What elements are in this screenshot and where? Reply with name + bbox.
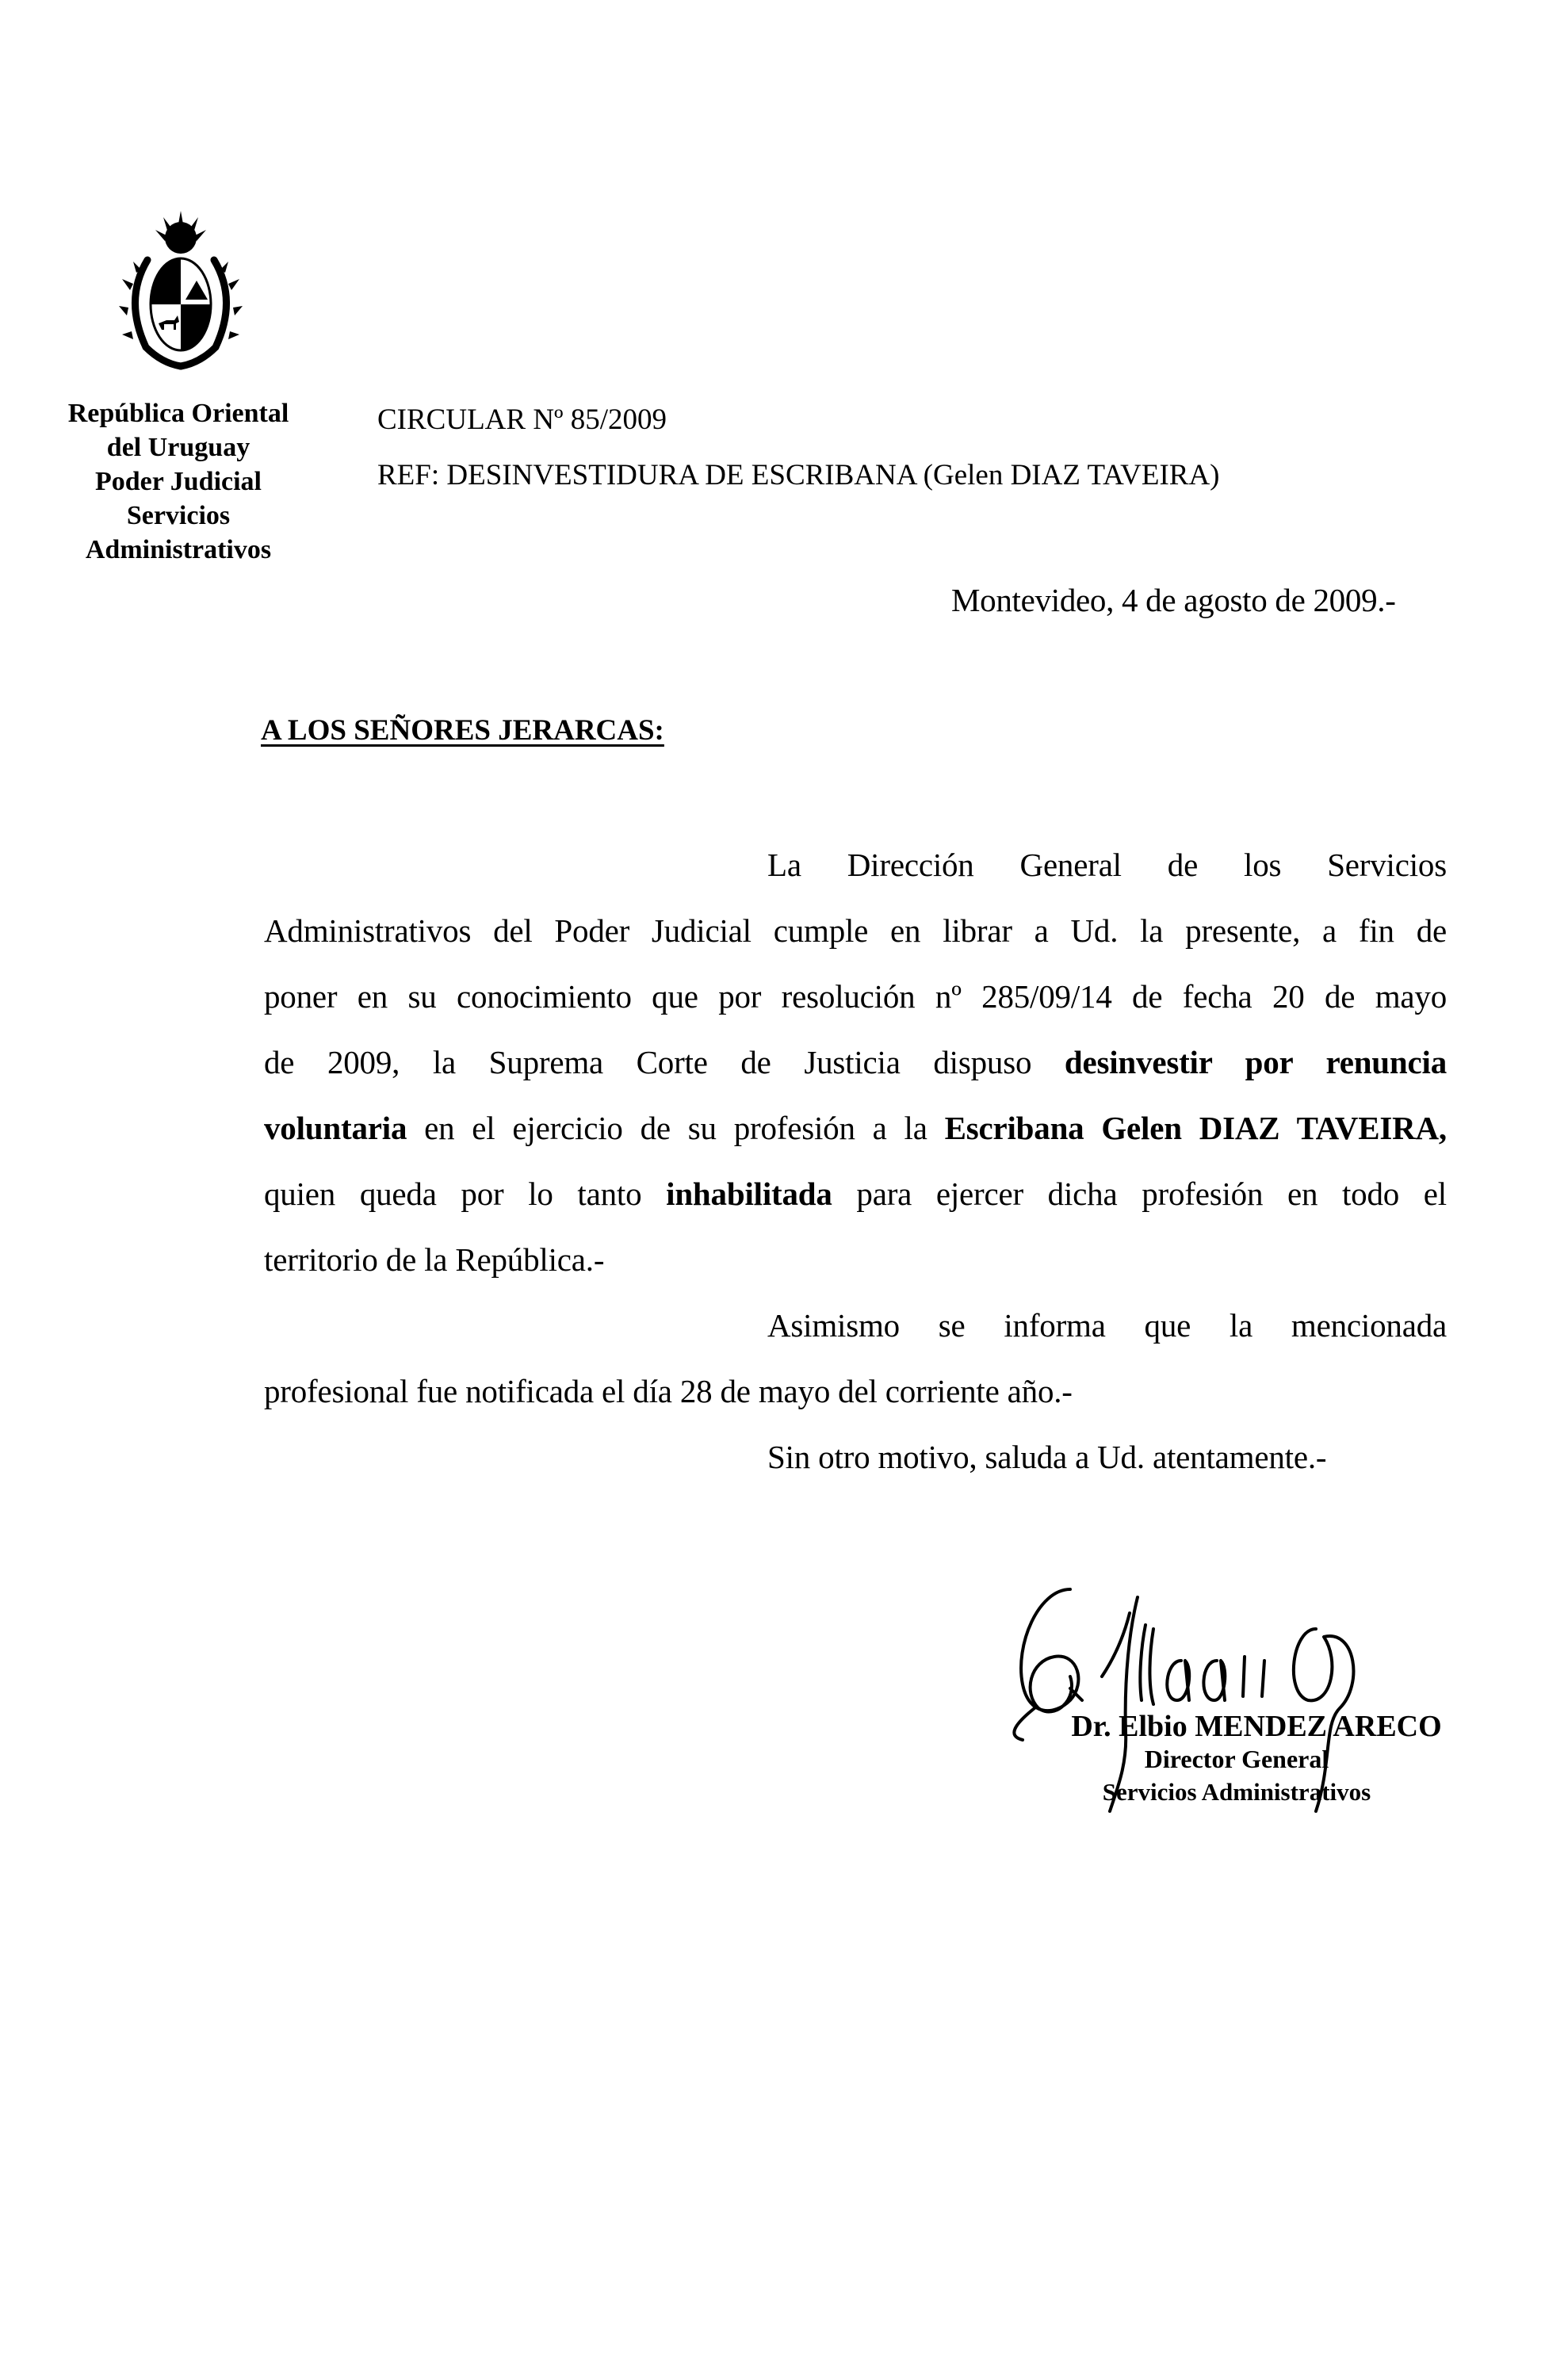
signer-title: Director General xyxy=(991,1743,1467,1776)
body-line: territorio de la República.- xyxy=(264,1241,1447,1288)
signer-department: Servicios Administrativos xyxy=(991,1776,1467,1808)
body-text-segment: de 2009, la Suprema Corte de Justicia di… xyxy=(264,1044,1065,1080)
letterhead-line: Administrativos xyxy=(48,533,309,567)
body-line: profesional fue notificada el día 28 de … xyxy=(264,1372,1447,1420)
body-text-bold: Escribana Gelen DIAZ TAVEIRA, xyxy=(945,1110,1447,1146)
reference-line: REF: DESINVESTIDURA DE ESCRIBANA (Gelen … xyxy=(377,458,1220,492)
letterhead-line: Poder Judicial xyxy=(48,465,309,499)
uruguay-coat-of-arms-icon xyxy=(117,205,244,371)
body-line: Administrativos del Poder Judicial cumpl… xyxy=(264,912,1447,959)
body-line: La Dirección General de los Servicios xyxy=(767,846,1447,893)
body-line: quien queda por lo tanto inhabilitada pa… xyxy=(264,1175,1447,1222)
body-line: voluntaria en el ejercicio de su profesi… xyxy=(264,1109,1447,1157)
signature-block: Dr. Elbio MENDEZ ARECO Director General … xyxy=(991,1581,1467,1843)
body-line: Asimismo se informa que la mencionada xyxy=(767,1306,1447,1354)
date-line: Montevideo, 4 de agosto de 2009.- xyxy=(951,581,1396,619)
letterhead-line: del Uruguay xyxy=(48,430,309,465)
body-text-segment: quien queda por lo tanto xyxy=(264,1176,666,1212)
body-text-bold: inhabilitada xyxy=(666,1176,832,1212)
circular-number: CIRCULAR Nº 85/2009 xyxy=(377,403,667,437)
letterhead-line: República Oriental xyxy=(48,396,309,430)
salutation: A LOS SEÑORES JERARCAS: xyxy=(261,713,664,747)
body-text-segment: en el ejercicio de su profesión a la xyxy=(407,1110,944,1146)
body-text-segment: para ejercer dicha profesión en todo el xyxy=(832,1176,1447,1212)
body-line: poner en su conocimiento que por resoluc… xyxy=(264,977,1447,1025)
closing-line: Sin otro motivo, saluda a Ud. atentament… xyxy=(767,1438,1481,1485)
signer-block: Dr. Elbio MENDEZ ARECO Director General … xyxy=(991,1711,1467,1808)
letterhead-institution: República Oriental del Uruguay Poder Jud… xyxy=(48,396,309,567)
body-text-bold: voluntaria xyxy=(264,1110,407,1146)
body-text-bold: desinvestir por renuncia xyxy=(1065,1044,1447,1080)
body-line: de 2009, la Suprema Corte de Justicia di… xyxy=(264,1043,1447,1091)
letterhead-line: Servicios xyxy=(48,499,309,533)
signer-name: Dr. Elbio MENDEZ ARECO xyxy=(991,1711,1467,1743)
